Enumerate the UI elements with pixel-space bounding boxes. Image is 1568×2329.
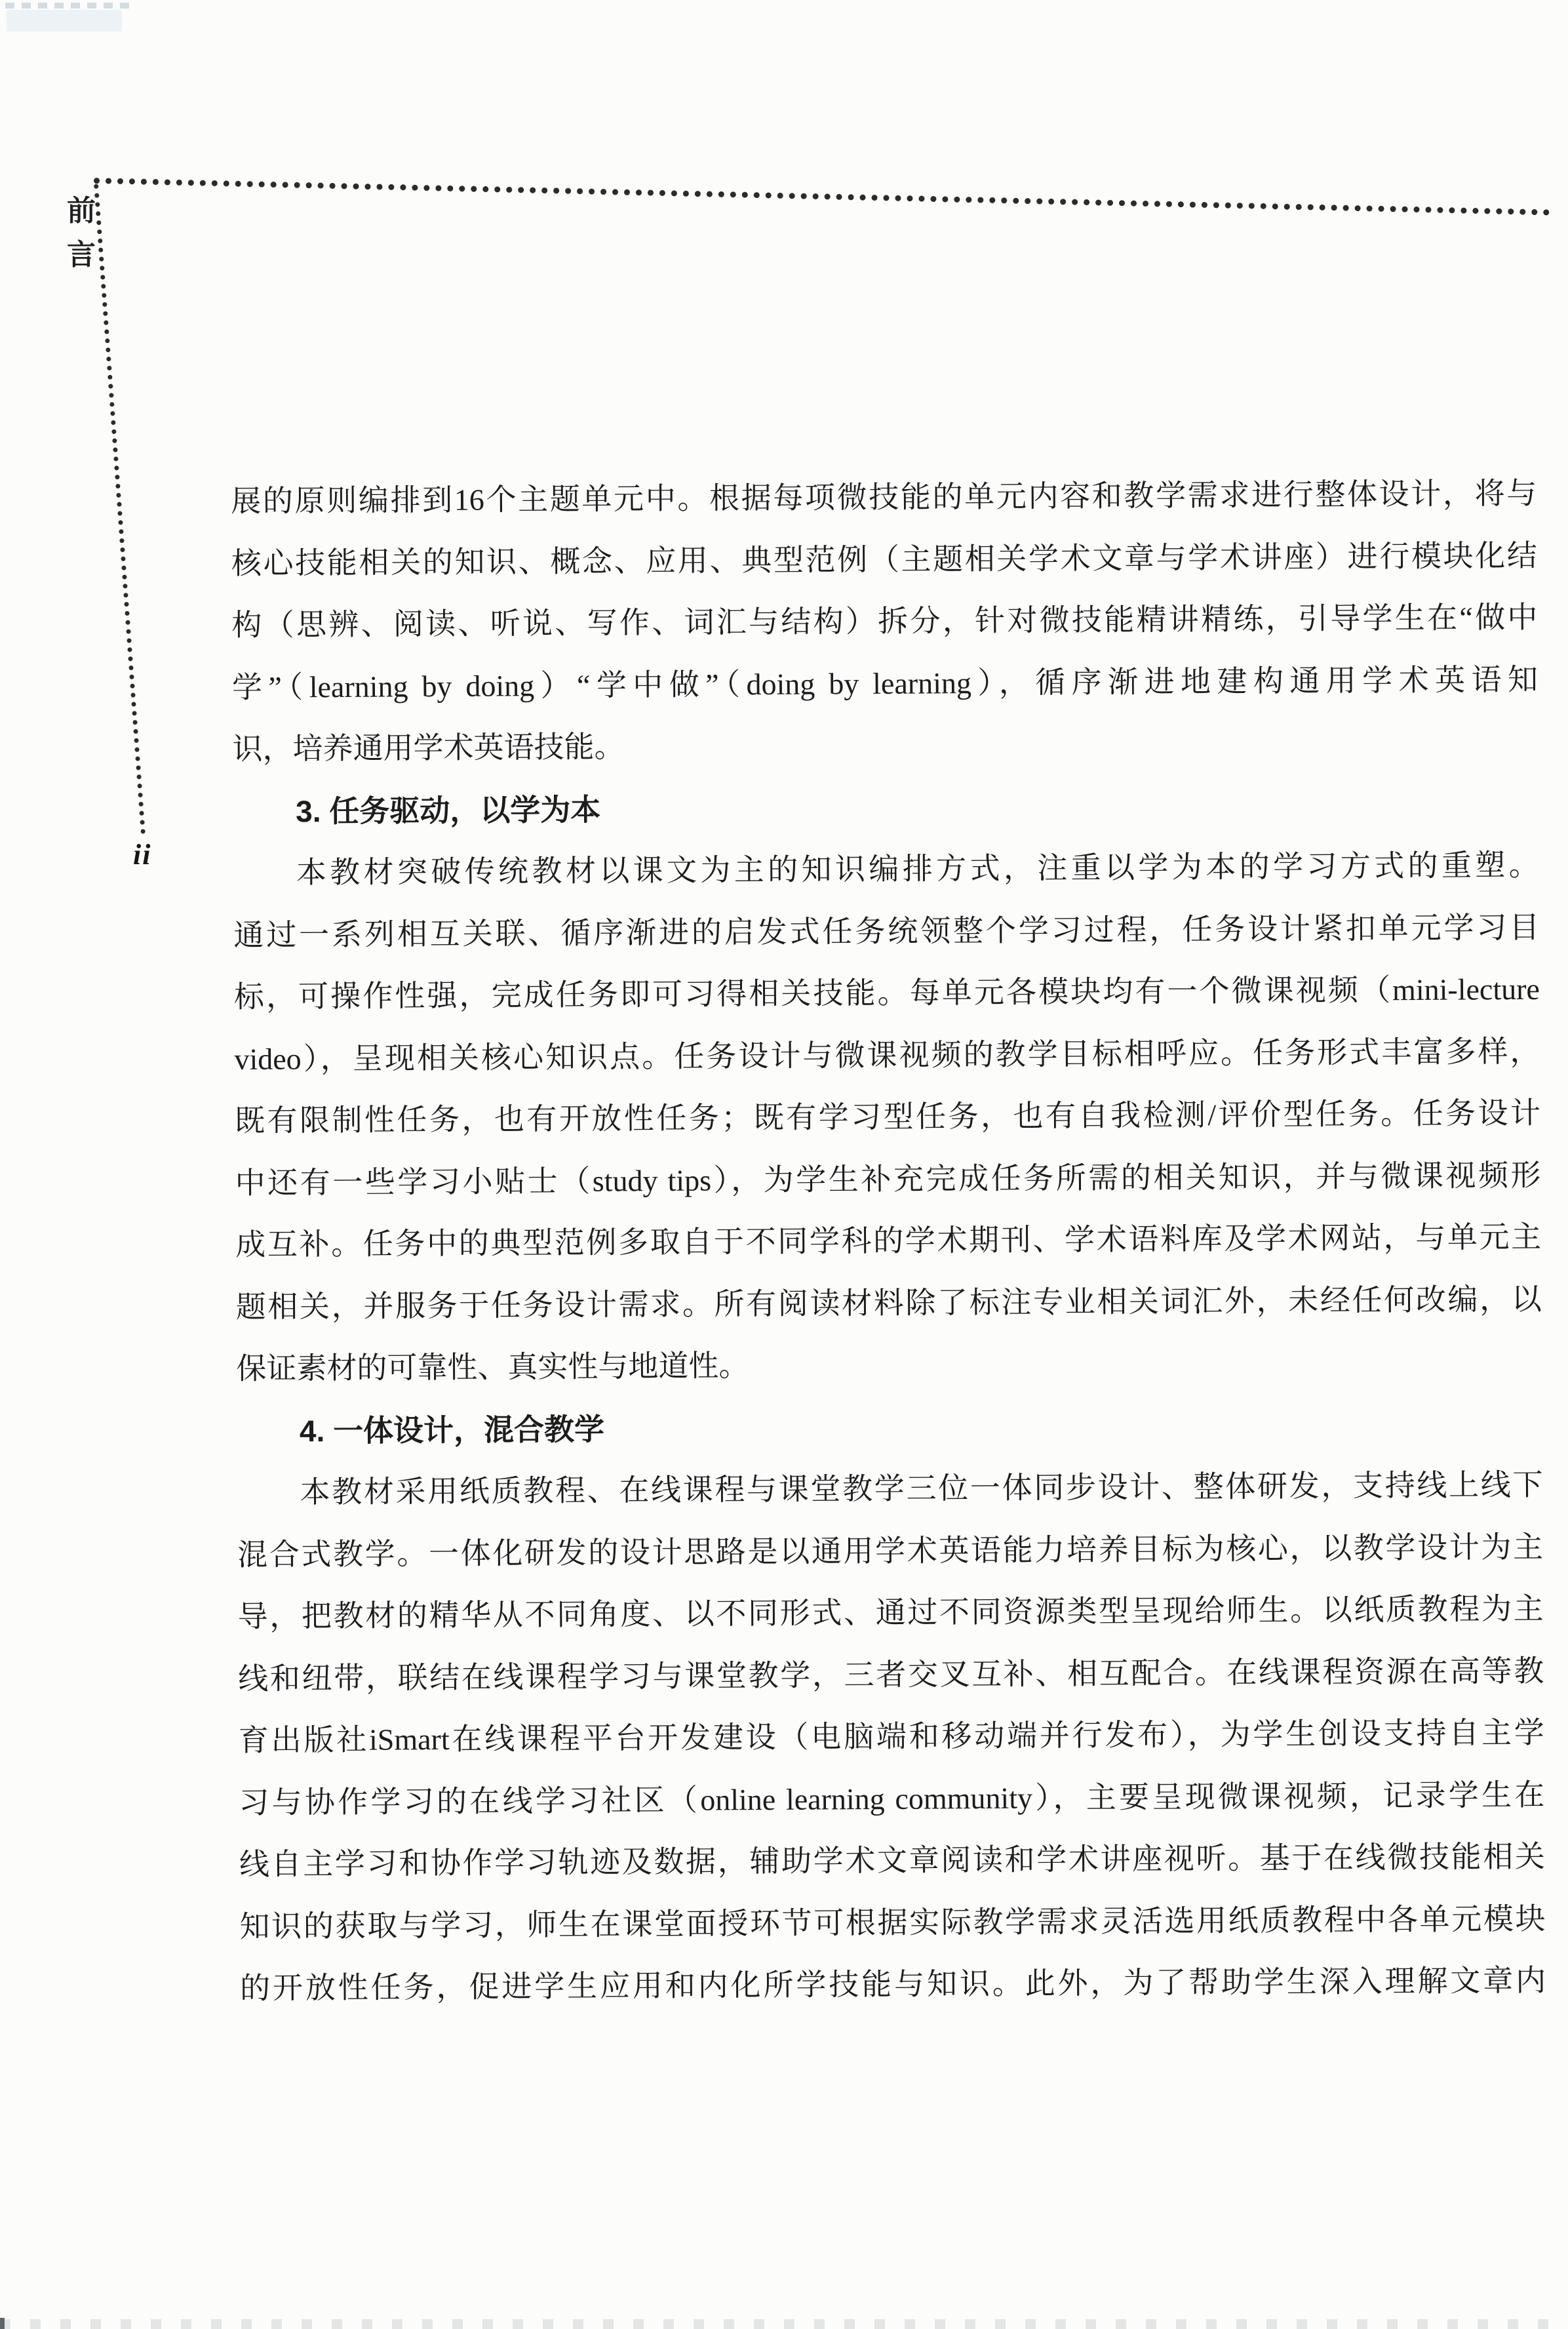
text-line: 本教材采用纸质教程、在线课程与课堂教学三位一体同步设计、整体研发，支持线上线下: [237, 1454, 1543, 1524]
text-line: 构（思辨、阅读、听说、写作、词汇与结构）拆分，针对微技能精讲精练，引导学生在“做…: [231, 587, 1538, 657]
scan-artifact-bottom-edge: [0, 2319, 1568, 2329]
text-line: 识，培养通用学术英语技能。: [232, 711, 1539, 781]
text-line: 中还有一些学习小贴士（study tips），为学生补充完成任务所需的相关知识，…: [235, 1144, 1541, 1214]
text-line: 展的原则编排到16个主题单元中。根据每项微技能的单元内容和教学需求进行整体设计，…: [231, 463, 1537, 533]
margin-label-char: 言: [65, 235, 98, 279]
text-line: 学”（learning by doing）“学中做”（doing by lear…: [232, 648, 1539, 719]
body-text: 展的原则编排到16个主题单元中。根据每项微技能的单元内容和教学需求进行整体设计，…: [231, 463, 1546, 2020]
text-line: 保证素材的可靠性、真实性与地道性。: [236, 1330, 1542, 1401]
page-number: ii: [133, 838, 151, 871]
scan-artifact-dashes: [5, 3, 130, 9]
text-line: 成互补。任务中的典型范例多取自于不同学科的学术期刊、学术语料库及学术网站，与单元…: [235, 1206, 1542, 1277]
text-line: 混合式教学。一体化研发的设计思路是以通用学术英语能力培养目标为核心，以教学设计为…: [237, 1516, 1544, 1586]
text-line: 的开放性任务，促进学生应用和内化所学技能与知识。此外，为了帮助学生深入理解文章内: [240, 1950, 1546, 2020]
scan-artifact-bottom-notch: [0, 2318, 5, 2329]
section-heading: 3. 任务驱动，以学为本: [233, 772, 1539, 843]
text-line: 知识的获取与学习，师生在课堂面授环节可根据实际教学需求灵活选用纸质教程中各单元模…: [239, 1888, 1546, 1958]
text-line: 通过一系列相互关联、循序渐进的启发式任务统领整个学习过程，任务设计紧扣单元学习目: [233, 896, 1540, 966]
dotted-border-top: [94, 178, 1550, 215]
text-line: 导，把教材的精华从不同角度、以不同形式、通过不同资源类型呈现给师生。以纸质教程为…: [237, 1578, 1544, 1648]
dotted-border-left: [94, 184, 146, 834]
section-heading: 4. 一体设计，混合教学: [237, 1392, 1543, 1462]
scan-artifact-blot: [7, 10, 122, 31]
scanned-page: { "colors": { "ink": "#1c1c1c", "page_ba…: [0, 0, 1568, 2329]
margin-label-preface: 前 言: [65, 191, 98, 279]
text-line: 习与协作学习的在线学习社区（online learning community）…: [239, 1764, 1545, 1834]
text-line: 既有限制性任务，也有开放性任务；既有学习型任务，也有自我检测/评价型任务。任务设…: [235, 1083, 1541, 1153]
scan-artifact-top-left: [4, 1, 135, 33]
text-line: 育出版社iSmart在线课程平台开发建设（电脑端和移动端并行发布），为学生创设支…: [239, 1702, 1545, 1772]
margin-label-char: 前: [65, 191, 98, 235]
text-line: 题相关，并服务于任务设计需求。所有阅读材料除了标注专业相关词汇外，未经任何改编，…: [236, 1268, 1542, 1338]
text-line: 标，可操作性强，完成任务即可习得相关技能。每单元各模块均有一个微课视频（mini…: [234, 959, 1540, 1029]
text-line: 线自主学习和协作学习轨迹及数据，辅助学术文章阅读和学术讲座视听。基于在线微技能相…: [239, 1826, 1546, 1896]
text-line: 本教材突破传统教材以课文为主的知识编排方式，注重以学为本的学习方式的重塑。: [233, 835, 1539, 905]
text-line: video），呈现相关核心知识点。任务设计与微课视频的教学目标相呼应。任务形式丰…: [234, 1020, 1540, 1090]
text-line: 线和纽带，联结在线课程学习与课堂教学，三者交叉互补、相互配合。在线课程资源在高等…: [238, 1640, 1544, 1710]
text-line: 核心技能相关的知识、概念、应用、典型范例（主题相关学术文章与学术讲座）进行模块化…: [231, 525, 1538, 595]
